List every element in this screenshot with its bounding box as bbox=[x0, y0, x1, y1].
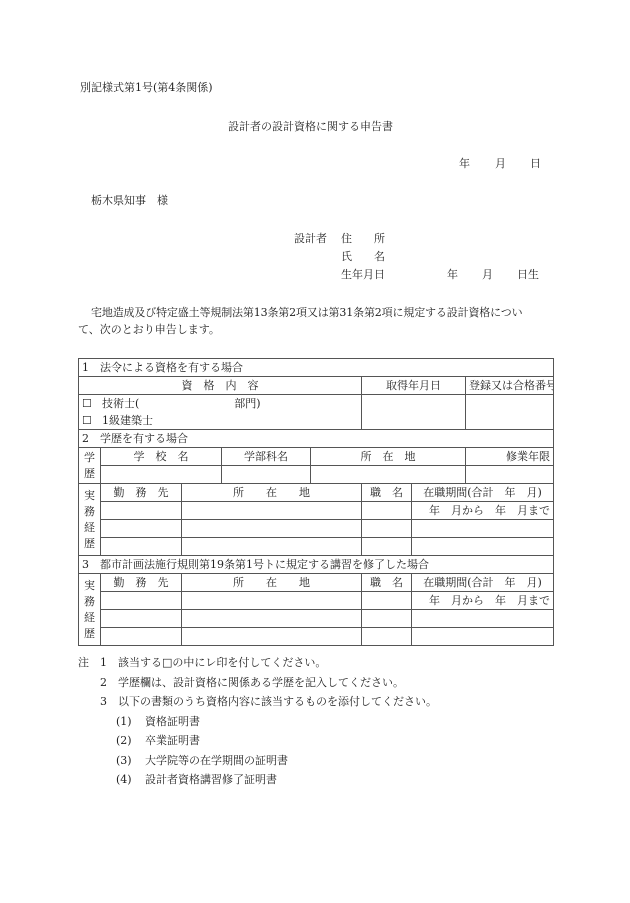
course-work-employer-field[interactable] bbox=[101, 592, 182, 610]
work-side-label-2: 実 務 経 歴 bbox=[79, 484, 101, 556]
work-employer-field[interactable] bbox=[101, 520, 182, 538]
registration-number-field[interactable] bbox=[466, 395, 554, 430]
course-work-employer-field[interactable] bbox=[101, 628, 182, 646]
option-architect-label: 1級建築士 bbox=[102, 414, 153, 427]
section3-title: 3 都市計画法施行規則第19条第1号トに規定する講習を修了した場合 bbox=[79, 556, 554, 574]
work-position-field[interactable] bbox=[362, 502, 412, 520]
course-work-position-field[interactable] bbox=[362, 628, 412, 646]
address-label: 住 所 bbox=[341, 232, 385, 246]
notes-prefix: 注 bbox=[78, 653, 100, 673]
note-item: 2学歴欄は、設計資格に関係ある学歴を記入してください。 bbox=[78, 673, 437, 693]
course-work-header-employer: 勤 務 先 bbox=[101, 574, 182, 592]
course-work-row bbox=[79, 628, 554, 646]
education-school-field[interactable] bbox=[101, 466, 222, 484]
birth-day-unit: 日生 bbox=[517, 268, 539, 282]
work-side-label-3: 実 務 経 歴 bbox=[79, 574, 101, 646]
course-work-period-field[interactable] bbox=[412, 628, 554, 646]
course-work-location-field[interactable] bbox=[182, 610, 362, 628]
section1-header-registration-number: 登録又は合格番号 bbox=[466, 377, 554, 395]
work-header-employer: 勤 務 先 bbox=[101, 484, 182, 502]
work-header-location: 所 在 地 bbox=[182, 484, 362, 502]
birth-year-unit: 年 bbox=[447, 268, 458, 282]
work-row: 年 月から 年 月まで bbox=[79, 502, 554, 520]
work-row bbox=[79, 520, 554, 538]
course-work-position-field[interactable] bbox=[362, 592, 412, 610]
work-period-field[interactable] bbox=[412, 538, 554, 556]
notes: 注1該当する□の中にレ印を付してください。 2学歴欄は、設計資格に関係ある学歴を… bbox=[78, 653, 437, 790]
work-period-field[interactable] bbox=[412, 520, 554, 538]
checkbox-engineer[interactable]: ☐ bbox=[82, 395, 102, 412]
work-row bbox=[79, 538, 554, 556]
statement-line-1: 宅地造成及び特定盛土等規制法第13条第2項又は第31条第2項に規定する設計資格に… bbox=[91, 306, 522, 320]
statement-line-2: て、次のとおり申告します。 bbox=[78, 323, 220, 337]
form-number: 別記様式第1号(第4条関係) bbox=[80, 81, 213, 95]
course-work-location-field[interactable] bbox=[182, 628, 362, 646]
birthdate-label: 生年月日 bbox=[341, 268, 385, 282]
note-item: 3以下の書類のうち資格内容に該当するものを添付してください。 bbox=[78, 692, 437, 712]
work-period-field[interactable]: 年 月から 年 月まで bbox=[412, 502, 554, 520]
work-employer-field[interactable] bbox=[101, 538, 182, 556]
attachment-item: (3)大学院等の在学期間の証明書 bbox=[78, 751, 437, 771]
date-month-label: 月 bbox=[495, 157, 506, 171]
course-work-position-field[interactable] bbox=[362, 610, 412, 628]
section1-title: 1 法令による資格を有する場合 bbox=[79, 359, 554, 377]
qualification-options: ☐技術士(部門) ☐1級建築士 bbox=[79, 395, 362, 430]
work-location-field[interactable] bbox=[182, 502, 362, 520]
work-header-position: 職 名 bbox=[362, 484, 412, 502]
education-header-location: 所 在 地 bbox=[311, 448, 466, 466]
option-engineer-label: 技術士( bbox=[102, 397, 139, 410]
checkbox-architect[interactable]: ☐ bbox=[82, 412, 102, 429]
education-header-duration: 修業年限 bbox=[466, 448, 554, 466]
work-position-field[interactable] bbox=[362, 520, 412, 538]
note-item: 注1該当する□の中にレ印を付してください。 bbox=[78, 653, 437, 673]
option-architect: ☐1級建築士 bbox=[82, 412, 358, 429]
work-position-field[interactable] bbox=[362, 538, 412, 556]
education-duration-field[interactable] bbox=[466, 466, 554, 484]
section1-header-acquired-date: 取得年月日 bbox=[362, 377, 466, 395]
option-engineer: ☐技術士(部門) bbox=[82, 395, 358, 412]
option-engineer-suffix: 部門) bbox=[234, 397, 260, 410]
course-work-header-period: 在職期間(合計 年 月) bbox=[412, 574, 554, 592]
education-faculty-field[interactable] bbox=[222, 466, 311, 484]
attachment-item: (4)設計者資格講習修了証明書 bbox=[78, 770, 437, 790]
education-header-faculty: 学部科名 bbox=[222, 448, 311, 466]
name-label: 氏 名 bbox=[341, 250, 385, 264]
attachment-item: (1)資格証明書 bbox=[78, 712, 437, 732]
work-location-field[interactable] bbox=[182, 538, 362, 556]
work-employer-field[interactable] bbox=[101, 502, 182, 520]
work-location-field[interactable] bbox=[182, 520, 362, 538]
course-work-header-location: 所 在 地 bbox=[182, 574, 362, 592]
education-header-school: 学 校 名 bbox=[101, 448, 222, 466]
addressee: 栃木県知事 様 bbox=[91, 194, 168, 208]
course-work-location-field[interactable] bbox=[182, 592, 362, 610]
section2-title: 2 学歴を有する場合 bbox=[79, 430, 554, 448]
course-work-employer-field[interactable] bbox=[101, 610, 182, 628]
education-location-field[interactable] bbox=[311, 466, 466, 484]
birth-month-unit: 月 bbox=[482, 268, 493, 282]
document-title: 設計者の設計資格に関する申告書 bbox=[228, 120, 393, 134]
date-year-label: 年 bbox=[459, 157, 470, 171]
work-header-period: 在職期間(合計 年 月) bbox=[412, 484, 554, 502]
education-side-label: 学 歴 bbox=[79, 448, 101, 484]
course-work-row bbox=[79, 610, 554, 628]
course-work-header-position: 職 名 bbox=[362, 574, 412, 592]
attachment-item: (2)卒業証明書 bbox=[78, 731, 437, 751]
section1-header-qualification: 資 格 内 容 bbox=[79, 377, 362, 395]
acquired-date-field[interactable] bbox=[362, 395, 466, 430]
applicant-label: 設計者 bbox=[294, 232, 327, 246]
course-work-period-field[interactable]: 年 月から 年 月まで bbox=[412, 592, 554, 610]
course-work-period-field[interactable] bbox=[412, 610, 554, 628]
date-day-label: 日 bbox=[530, 157, 541, 171]
qualification-table: 1 法令による資格を有する場合 資 格 内 容 取得年月日 登録又は合格番号 ☐… bbox=[78, 358, 554, 646]
course-work-row: 年 月から 年 月まで bbox=[79, 592, 554, 610]
